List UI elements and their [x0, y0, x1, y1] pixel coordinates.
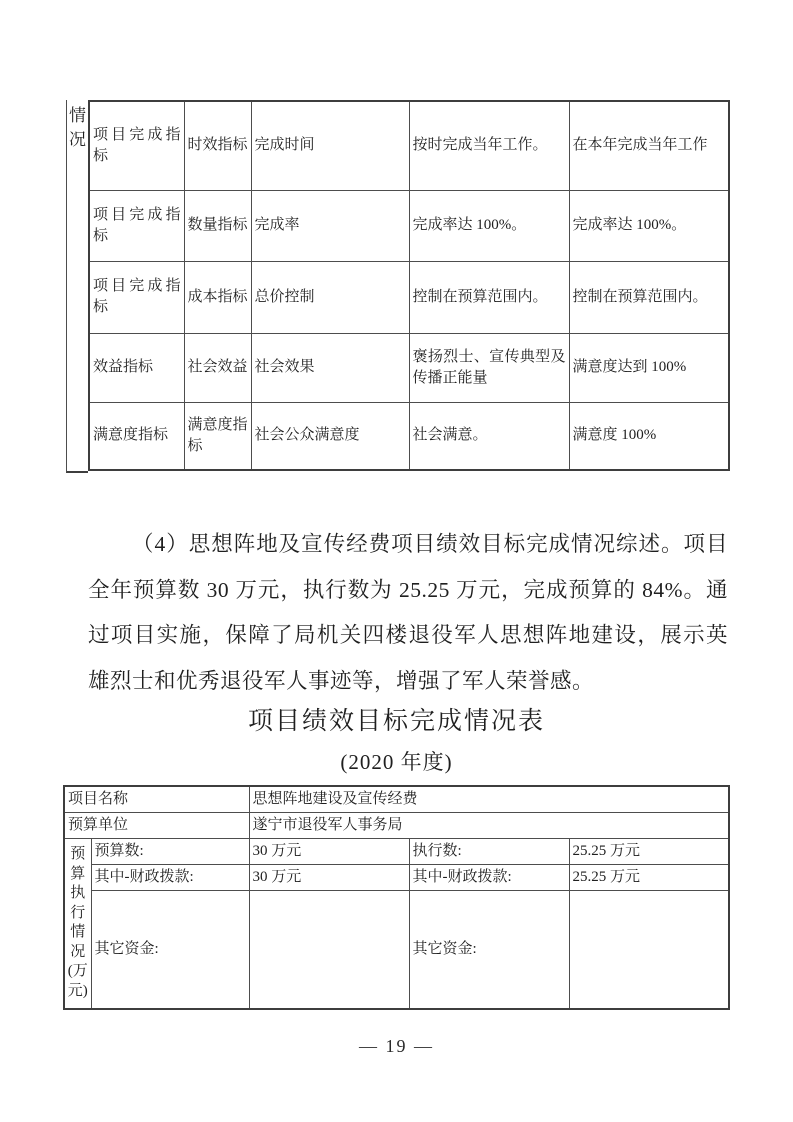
table-cell [569, 891, 729, 1009]
table-row: 满意度指标 满意度指标 社会公众满意度 社会满意。 满意度 100% [89, 402, 729, 470]
table-cell: 时效指标 [184, 101, 251, 190]
project-name-value: 思想阵地建设及宣传经费 [249, 786, 729, 813]
table-cell: 预算数: [91, 839, 249, 865]
table-cell: 控制在预算范围内。 [569, 261, 729, 333]
table-cell: 满意度 100% [569, 402, 729, 470]
table-cell: 其中-财政拨款: [91, 865, 249, 891]
table-cell: 满意度达到 100% [569, 333, 729, 402]
table-cell: 按时完成当年工作。 [409, 101, 569, 190]
table-cell: 数量指标 [184, 190, 251, 261]
table-cell: 25.25 万元 [569, 839, 729, 865]
table-cell: 项目完成指标 [89, 101, 184, 190]
paragraph-line: （4）思想阵地及宣传经费项目绩效目标完成情况综述。项目 [88, 522, 728, 568]
table-row: 项目完成指标 时效指标 完成时间 按时完成当年工作。 在本年完成当年工作 [89, 101, 729, 190]
table-title: 项目绩效目标完成情况表 [0, 701, 793, 737]
table-cell: 30 万元 [249, 865, 409, 891]
table-year-subtitle: (2020 年度) [0, 746, 793, 776]
table-cell: 其它资金: [91, 891, 249, 1009]
budget-unit-value: 遂宁市退役军人事务局 [249, 813, 729, 839]
table-cell: 满意度指标 [89, 402, 184, 470]
project-name-label: 项目名称 [64, 786, 249, 813]
page-number: — 19 — [0, 1036, 793, 1057]
vertical-label-char: 算 [65, 865, 91, 885]
table-cell: 项目完成指标 [89, 190, 184, 261]
budget-unit-label: 预算单位 [64, 813, 249, 839]
paragraph-line: 雄烈士和优秀退役军人事迹等，增强了军人荣誉感。 [88, 659, 728, 705]
table-row: 项目完成指标 数量指标 完成率 完成率达 100%。 完成率达 100%。 [89, 190, 729, 261]
vertical-label-char: (万 [65, 962, 91, 982]
vertical-label-char: 预 [65, 845, 91, 865]
table-cell: 总价控制 [251, 261, 409, 333]
table-row: 其它资金: 其它资金: [64, 891, 729, 1009]
table-cell: 社会效果 [251, 333, 409, 402]
table-row: 项目完成指标 成本指标 总价控制 控制在预算范围内。 控制在预算范围内。 [89, 261, 729, 333]
paragraph-line: 过项目实施，保障了局机关四楼退役军人思想阵地建设，展示英 [88, 613, 728, 659]
top-table-gutter: 情况 [66, 100, 88, 473]
table-cell: 完成率达 100%。 [409, 190, 569, 261]
table-cell [249, 891, 409, 1009]
completion-table: 项目名称 思想阵地建设及宣传经费 预算单位 遂宁市退役军人事务局 预 算 执 行… [63, 785, 730, 1010]
table-cell: 完成率 [251, 190, 409, 261]
table-cell: 满意度指标 [184, 402, 251, 470]
budget-execution-vertical-label: 预 算 执 行 情 况 (万 元) [64, 839, 91, 1009]
table-cell: 项目完成指标 [89, 261, 184, 333]
table-row: 项目名称 思想阵地建设及宣传经费 [64, 786, 729, 813]
table-cell: 效益指标 [89, 333, 184, 402]
table-row: 其中-财政拨款: 30 万元 其中-财政拨款: 25.25 万元 [64, 865, 729, 891]
document-page: 情况 项目完成指标 时效指标 完成时间 按时完成当年工作。 在本年完成当年工作 … [0, 0, 793, 1122]
table-cell: 25.25 万元 [569, 865, 729, 891]
table-cell: 褒扬烈士、宣传典型及传播正能量 [409, 333, 569, 402]
table-cell: 控制在预算范围内。 [409, 261, 569, 333]
table-cell: 在本年完成当年工作 [569, 101, 729, 190]
vertical-label-char: 况 [65, 943, 91, 963]
table-cell: 成本指标 [184, 261, 251, 333]
vertical-label-char: 执 [65, 884, 91, 904]
vertical-label-char: 元) [65, 982, 91, 1002]
table-cell: 其中-财政拨款: [409, 865, 569, 891]
table-row: 预 算 执 行 情 况 (万 元) 预算数: 30 万元 执行数: 25.25 … [64, 839, 729, 865]
table-cell: 其它资金: [409, 891, 569, 1009]
vertical-label-char: 情 [65, 923, 91, 943]
table-cell: 完成率达 100%。 [569, 190, 729, 261]
table-row: 效益指标 社会效益 社会效果 褒扬烈士、宣传典型及传播正能量 满意度达到 100… [89, 333, 729, 402]
paragraph-line: 全年预算数 30 万元，执行数为 25.25 万元，完成预算的 84%。通 [88, 568, 728, 614]
table-cell: 社会满意。 [409, 402, 569, 470]
summary-paragraph: （4）思想阵地及宣传经费项目绩效目标完成情况综述。项目 全年预算数 30 万元，… [88, 522, 728, 704]
table-row: 预算单位 遂宁市退役军人事务局 [64, 813, 729, 839]
table-cell: 社会公众满意度 [251, 402, 409, 470]
table-cell: 社会效益 [184, 333, 251, 402]
table-cell: 完成时间 [251, 101, 409, 190]
vertical-label-char: 行 [65, 904, 91, 924]
table-cell: 执行数: [409, 839, 569, 865]
indicator-table: 项目完成指标 时效指标 完成时间 按时完成当年工作。 在本年完成当年工作 项目完… [88, 100, 730, 471]
table-cell: 30 万元 [249, 839, 409, 865]
gutter-label: 情况 [68, 104, 87, 152]
